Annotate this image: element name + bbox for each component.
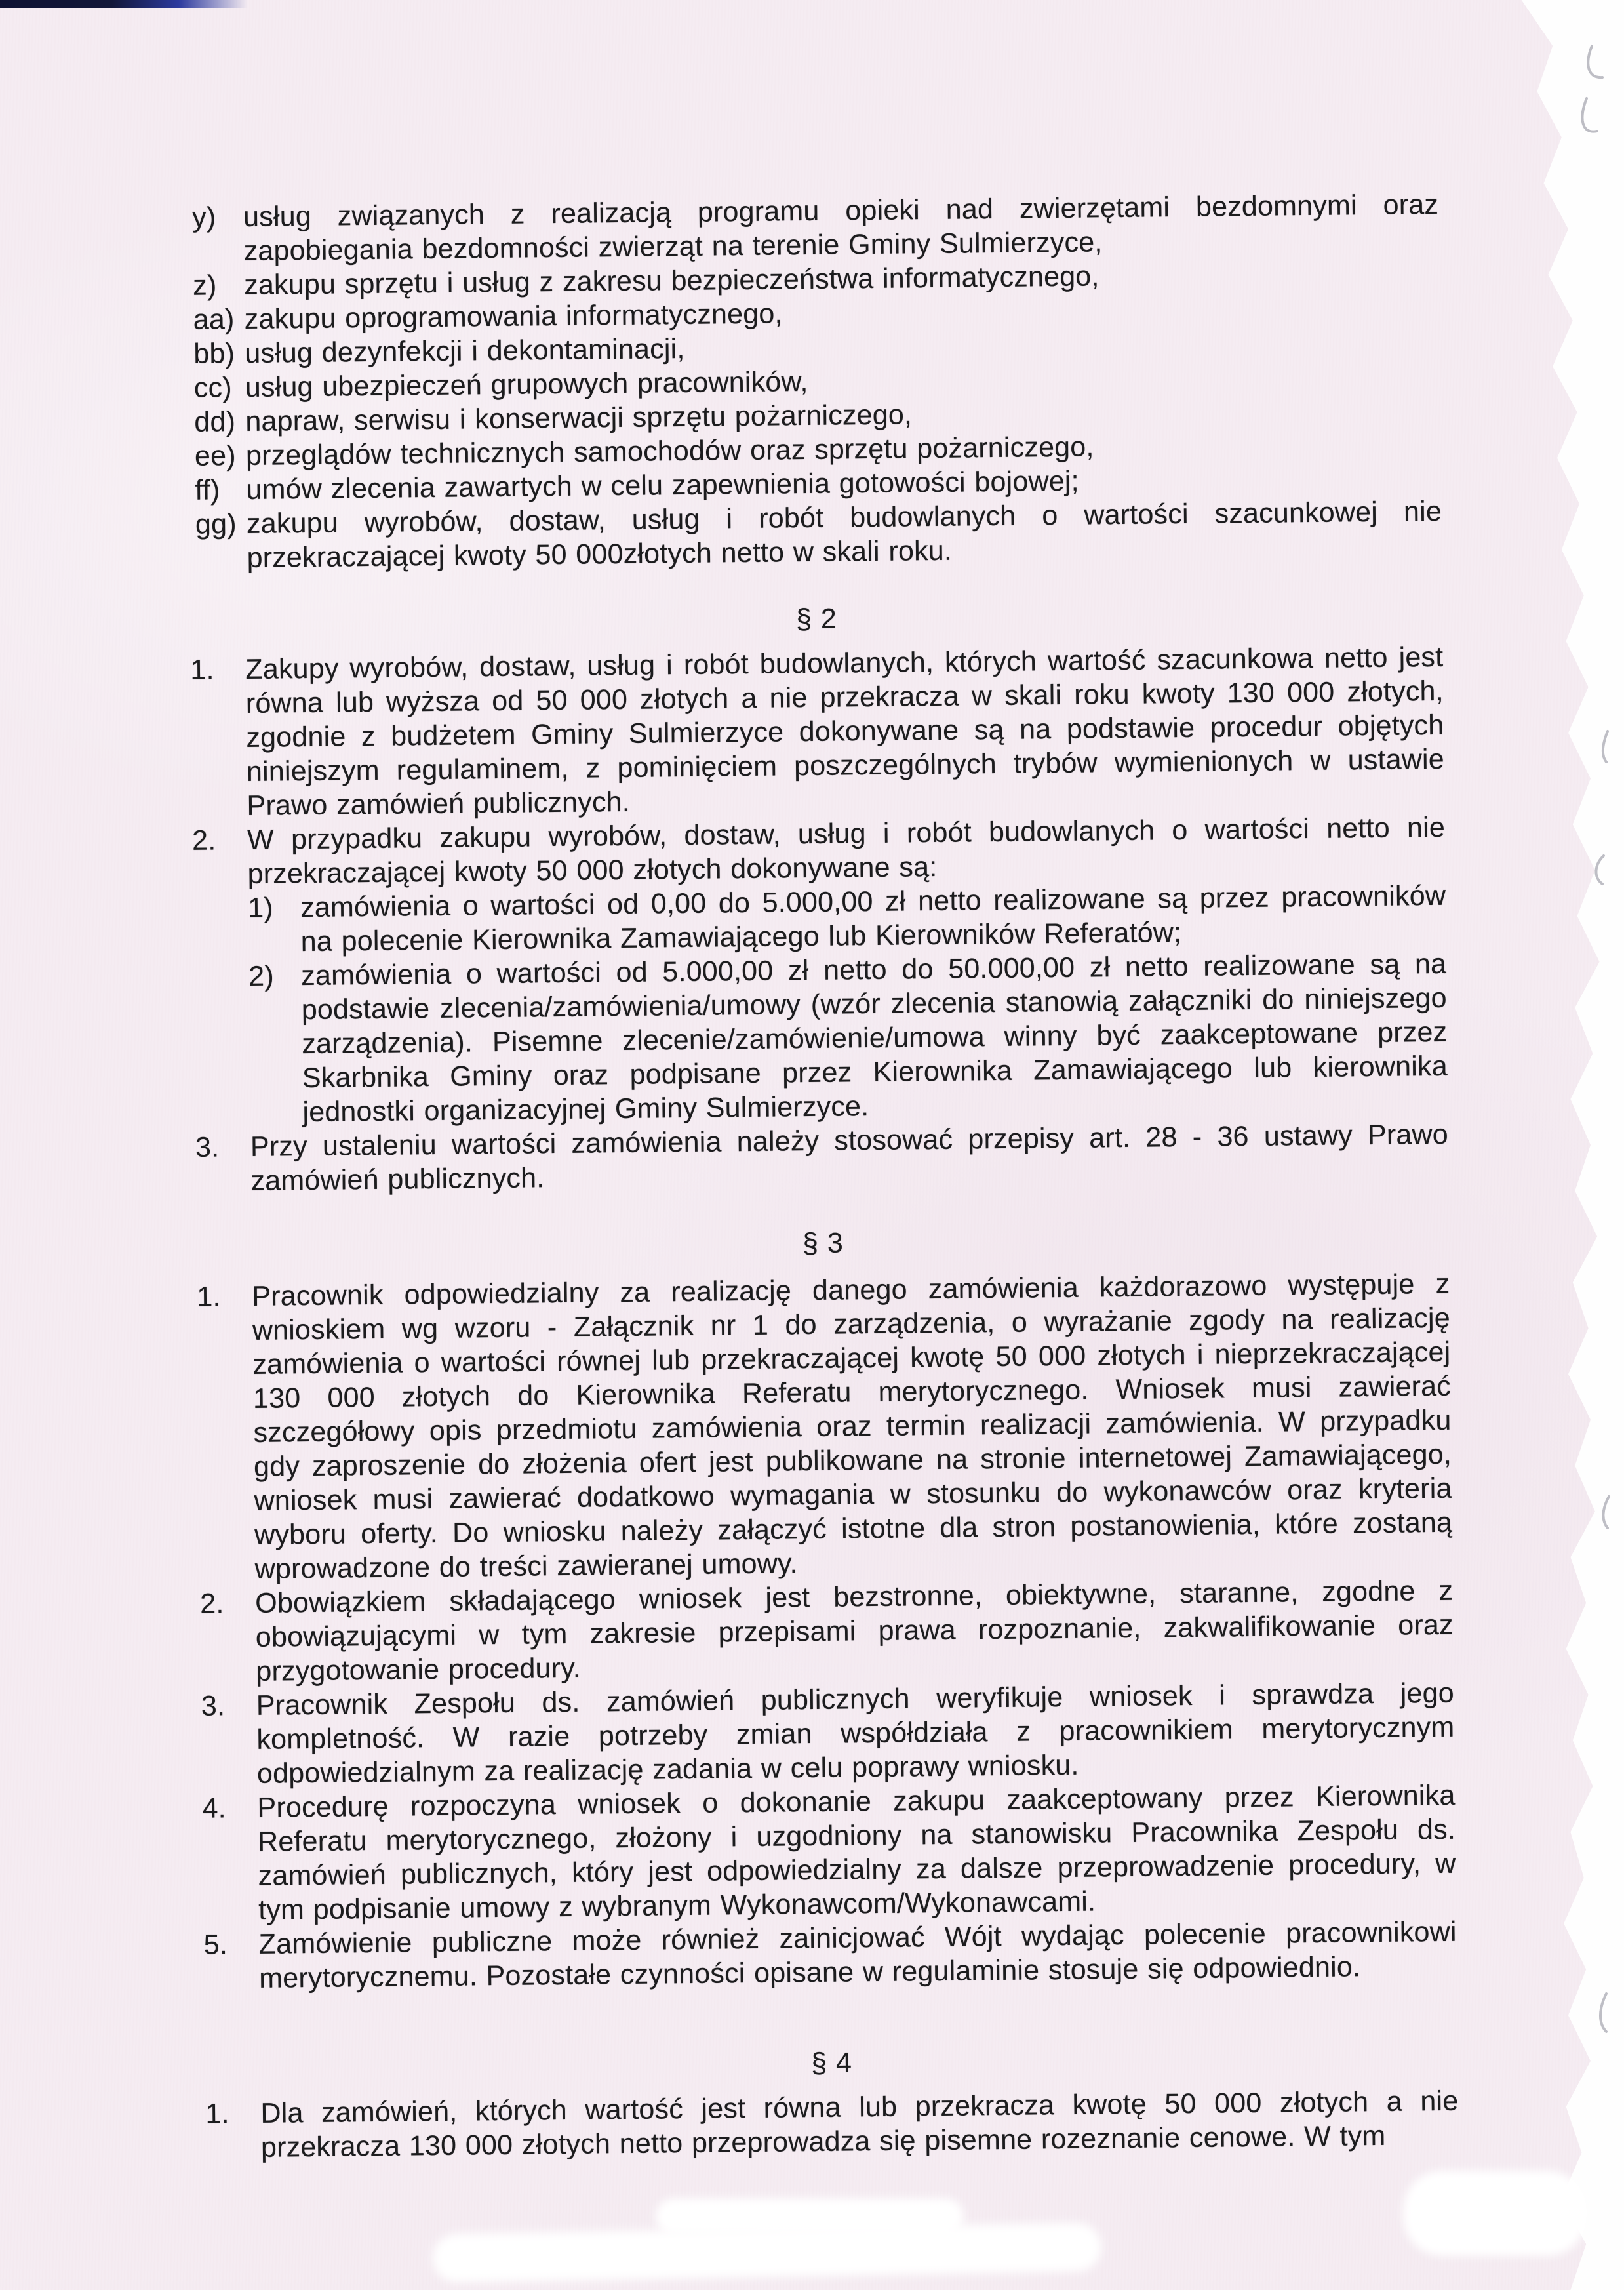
section-3-heading: § 3 [196, 1220, 1449, 1267]
numbered-list-item: 2. W przypadku zakupu wyrobów, dostaw, u… [192, 811, 1446, 892]
numbered-list-item: 3. Przy ustaleniu wartości zamówienia na… [195, 1117, 1449, 1199]
lettered-list-item: y) usług związanych z realizacją program… [186, 188, 1439, 269]
list-marker: 2) [248, 959, 274, 994]
list-marker: 1. [190, 653, 214, 687]
list-marker: 2. [192, 823, 216, 857]
list-marker: 5. [203, 1927, 228, 1961]
list-marker: 1) [248, 891, 273, 925]
scan-blotch [432, 2222, 1101, 2283]
list-marker: aa) [193, 302, 235, 337]
list-marker: 3. [201, 1689, 226, 1723]
list-marker: 1. [205, 2097, 229, 2131]
list-item-text: Przy ustaleniu wartości zamówienia należ… [250, 1119, 1448, 1197]
list-marker: ff) [195, 473, 220, 507]
lettered-list-item: gg) zakupu wyrobów, dostaw, usług i robó… [189, 494, 1442, 576]
list-item-text: Pracownik odpowiedzialny za realizację d… [252, 1268, 1452, 1585]
numbered-list-item: 5. Zamówienie publiczne może również zai… [203, 1915, 1457, 1996]
list-marker: gg) [195, 507, 237, 542]
numbered-list-item: 1. Pracownik odpowiedzialny za realizacj… [197, 1267, 1453, 1587]
scan-blotch [1403, 2171, 1587, 2256]
list-item-text: Procedurę rozpoczyna wniosek o dokonanie… [257, 1780, 1456, 1926]
list-item-text: Zamówienie publiczne może również zainic… [258, 1916, 1456, 1994]
numbered-list-item: 3. Pracownik Zespołu ds. zamówień public… [201, 1676, 1456, 1792]
numbered-list-item: 1. Dla zamówień, których wartość jest ró… [205, 2084, 1459, 2165]
list-item-text: napraw, serwisu i konserwacji sprzętu po… [245, 399, 912, 437]
list-item-text: zakupu wyrobów, dostaw, usług i robót bu… [247, 496, 1442, 574]
list-marker: z) [193, 268, 217, 302]
sub-list-item: 1) zamówienia o wartości od 0,00 do 5.00… [248, 879, 1446, 959]
section-2-heading: § 2 [189, 595, 1442, 643]
numbered-list-item: 1. Zakupy wyrobów, dostaw, usług i robót… [190, 640, 1445, 824]
list-marker: ee) [195, 439, 236, 473]
list-item-text: Zakupy wyrobów, dostaw, usług i robót bu… [245, 641, 1444, 822]
list-item-text: zamówienia o wartości od 0,00 do 5.000,0… [300, 880, 1446, 957]
list-marker: 2. [200, 1586, 224, 1620]
list-item-text: W przypadku zakupu wyrobów, dostaw, usłu… [247, 812, 1445, 890]
list-marker: y) [192, 200, 216, 234]
list-item-text: Dla zamówień, których wartość jest równa… [260, 2085, 1458, 2163]
list-marker: bb) [193, 336, 235, 371]
list-item-text: zamówienia o wartości od 5.000,00 zł net… [301, 948, 1448, 1128]
list-marker: dd) [194, 405, 235, 439]
scanned-document-page: y) usług związanych z realizacją program… [0, 0, 1624, 2290]
list-marker: 1. [197, 1279, 221, 1314]
list-item-text: usług związanych z realizacją programu o… [243, 189, 1438, 267]
list-marker: 4. [202, 1791, 226, 1825]
list-item-text: zakupu oprogramowania informatycznego, [245, 298, 783, 335]
scan-edge-top-strip [0, 0, 248, 8]
list-item-text: Pracownik Zespołu ds. zamówień publiczny… [256, 1677, 1455, 1790]
list-marker: 3. [195, 1130, 220, 1164]
list-item-text: usług dezynfekcji i dekontaminacji, [245, 333, 685, 369]
numbered-list-item: 2. Obowiązkiem składającego wniosek jest… [200, 1574, 1454, 1689]
numbered-list-item: 4. Procedurę rozpoczyna wniosek o dokona… [202, 1778, 1456, 1928]
list-marker: cc) [194, 371, 232, 405]
sub-list-item: 2) zamówienia o wartości od 5.000,00 zł … [248, 947, 1448, 1130]
list-item-text: Obowiązkiem składającego wniosek jest be… [255, 1575, 1454, 1687]
section-4-heading: § 4 [205, 2039, 1457, 2087]
list-item-text: usług ubezpieczeń grupowych pracowników, [245, 366, 808, 403]
document-body: y) usług związanych z realizacją program… [0, 0, 1624, 2167]
